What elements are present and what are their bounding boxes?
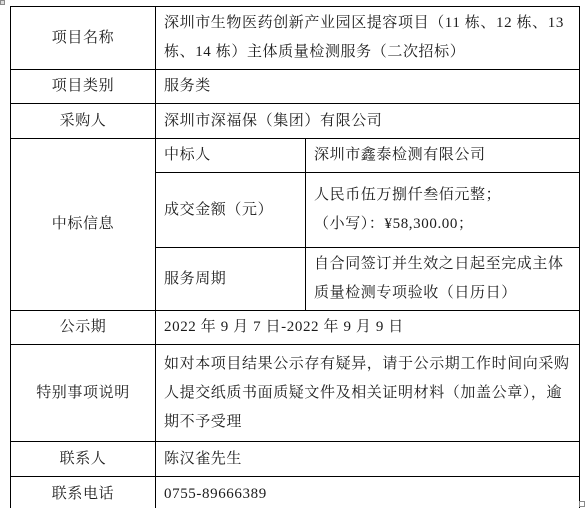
table-move-handle[interactable] (0, 0, 5, 5)
contact-person-label: 联系人 (11, 442, 156, 477)
special-notes-value: 如对本项目结果公示存有疑异，请于公示期工作时间向采购人提交纸质书面质疑文件及相关… (156, 345, 580, 442)
project-category-value: 服务类 (156, 70, 580, 104)
project-name-value: 深圳市生物医药创新产业园区提容项目（11 栋、12 栋、13 栋、14 栋）主体… (156, 7, 580, 70)
table-row-project-name: 项目名称 深圳市生物医药创新产业园区提容项目（11 栋、12 栋、13 栋、14… (11, 7, 580, 70)
contact-person-value: 陈汉雀先生 (156, 442, 580, 477)
service-period-label: 服务周期 (156, 248, 306, 311)
table-row-purchaser: 采购人 深圳市深福保（集团）有限公司 (11, 104, 580, 139)
project-category-label: 项目类别 (11, 70, 156, 104)
table-row-contact-person: 联系人 陈汉雀先生 (11, 442, 580, 477)
publicity-period-label: 公示期 (11, 311, 156, 345)
table-resize-handle[interactable] (579, 501, 585, 507)
project-name-label: 项目名称 (11, 7, 156, 70)
bid-amount-value: 人民币伍万捌仟叁佰元整； （小写）：¥58,300.00； (306, 173, 580, 248)
special-notes-label: 特别事项说明 (11, 345, 156, 442)
bid-winner-label: 中标人 (156, 139, 306, 173)
table-row-publicity-period: 公示期 2022 年 9 月 7 日-2022 年 9 月 9 日 (11, 311, 580, 345)
contact-phone-label: 联系电话 (11, 477, 156, 508)
service-period-value: 自合同签订并生效之日起至完成主体质量检测专项验收（日历日） (306, 248, 580, 311)
announcement-table: 项目名称 深圳市生物医药创新产业园区提容项目（11 栋、12 栋、13 栋、14… (10, 6, 580, 508)
purchaser-label: 采购人 (11, 104, 156, 139)
contact-phone-value: 0755-89666389 (156, 477, 580, 508)
bid-info-label: 中标信息 (11, 139, 156, 311)
bid-winner-value: 深圳市鑫泰检测有限公司 (306, 139, 580, 173)
publicity-period-value: 2022 年 9 月 7 日-2022 年 9 月 9 日 (156, 311, 580, 345)
bid-amount-label: 成交金额（元） (156, 173, 306, 248)
table-row-project-category: 项目类别 服务类 (11, 70, 580, 104)
table-row-bid-winner: 中标信息 中标人 深圳市鑫泰检测有限公司 (11, 139, 580, 173)
table-row-special-notes: 特别事项说明 如对本项目结果公示存有疑异，请于公示期工作时间向采购人提交纸质书面… (11, 345, 580, 442)
table-row-contact-phone: 联系电话 0755-89666389 (11, 477, 580, 508)
purchaser-value: 深圳市深福保（集团）有限公司 (156, 104, 580, 139)
